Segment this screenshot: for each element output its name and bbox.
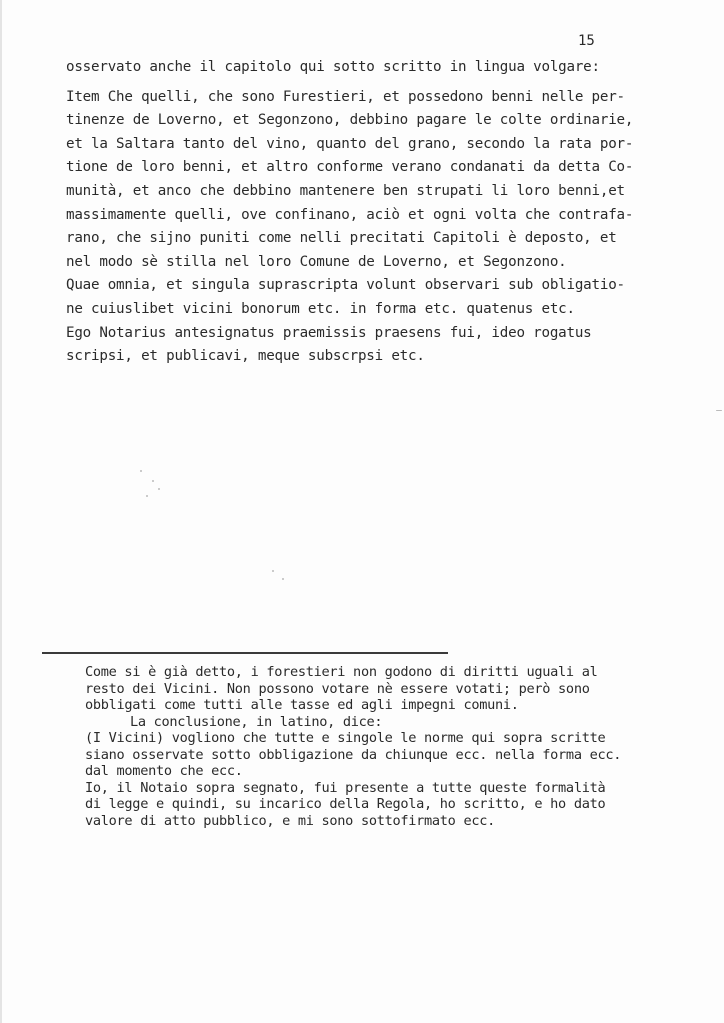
- scan-speck: [282, 578, 284, 580]
- scan-speck: [272, 570, 274, 572]
- text-line: osservato anche il capitolo qui sotto sc…: [66, 56, 633, 80]
- scan-speck: [716, 410, 722, 411]
- footnote: Come si è già detto, i forestieri non go…: [85, 664, 621, 829]
- text-line: Item Che quelli, che sono Furestieri, et…: [66, 86, 633, 110]
- footnote-line: valore di atto pubblico, e mi sono sotto…: [85, 813, 621, 830]
- text-line: scripsi, et publicavi, meque subscrpsi e…: [66, 345, 633, 369]
- text-line: ne cuiuslibet vicini bonorum etc. in for…: [66, 298, 633, 322]
- footnote-line: obbligati come tutti alle tasse ed agli …: [85, 697, 621, 714]
- scan-speck: [158, 488, 160, 490]
- footnote-line: Come si è già detto, i forestieri non go…: [85, 664, 621, 681]
- footnote-line: Io, il Notaio sopra segnato, fui present…: [85, 780, 621, 797]
- text-line: nel modo sè stilla nel loro Comune de Lo…: [66, 251, 633, 275]
- scan-speck: [140, 470, 142, 472]
- footnote-line: siano osservate sotto obbligazione da ch…: [85, 747, 621, 764]
- footnote-separator: [42, 652, 448, 654]
- text-line: tinenze de Loverno, et Segonzono, debbin…: [66, 109, 633, 133]
- scan-edge: [0, 0, 2, 1023]
- text-line: et la Saltara tanto del vino, quanto del…: [66, 133, 633, 157]
- text-line: munità, et anco che debbino mantenere be…: [66, 180, 633, 204]
- scan-speck: [146, 495, 148, 497]
- text-line: rano, che sijno puniti come nelli precit…: [66, 227, 633, 251]
- page-number: 15: [578, 33, 595, 49]
- scan-speck: [152, 480, 154, 482]
- footnote-line: La conclusione, in latino, dice:: [85, 714, 621, 731]
- text-line: Ego Notarius antesignatus praemissis pra…: [66, 322, 633, 346]
- footnote-line: resto dei Vicini. Non possono votare nè …: [85, 681, 621, 698]
- text-line: Quae omnia, et singula suprascripta volu…: [66, 274, 633, 298]
- main-text: osservato anche il capitolo qui sotto sc…: [66, 56, 633, 369]
- footnote-line: dal momento che ecc.: [85, 763, 621, 780]
- text-line: tione de loro benni, et altro conforme v…: [66, 156, 633, 180]
- text-line: massimamente quelli, ove confinano, aciò…: [66, 204, 633, 228]
- footnote-line: di legge e quindi, su incarico della Reg…: [85, 796, 621, 813]
- footnote-line: (I Vicini) vogliono che tutte e singole …: [85, 730, 621, 747]
